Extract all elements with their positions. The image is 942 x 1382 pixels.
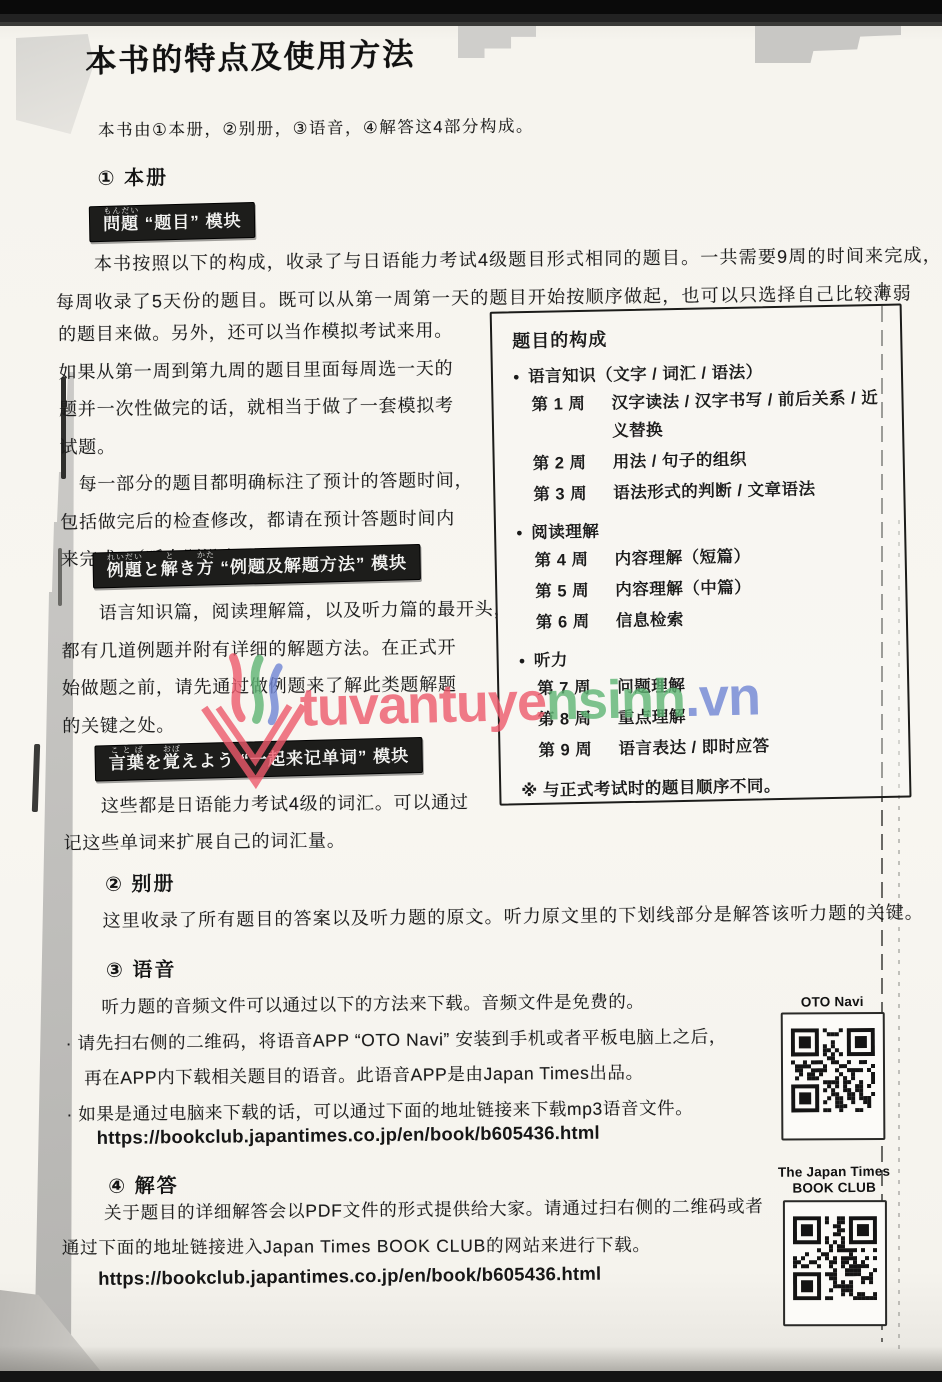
schedule-week: 第 2 周 [532, 449, 597, 478]
module3-paragraph: 这些都是日语能力考试4级的词汇。可以通过记这些单词来扩展自己的词汇量。 [63, 784, 488, 862]
qr-code-icon [791, 1028, 875, 1112]
schedule-week: 第 1 周 [531, 390, 596, 447]
schedule-week: 第 5 周 [535, 577, 600, 606]
schedule-desc: 语法形式的判断 / 文章语法 [613, 474, 888, 507]
schedule-row: 第 3 周语法形式的判断 / 文章语法 [533, 474, 887, 509]
text-line: · 请先扫右侧的二维码，将语音APP “OTO Navi” 安装到手机或者平板电… [65, 1018, 785, 1061]
text-line: 试题。 [59, 424, 483, 466]
schedule-row: 第 1 周汉字读法 / 汉字书写 / 前后关系 / 近义替换 [531, 384, 886, 447]
schedule-row: 第 6 周信息检索 [536, 602, 890, 637]
structure-box-title: 题目的构成 [512, 320, 884, 353]
text-line: 的关键之处。 [62, 703, 486, 745]
text-line: 都有几道例题并附有详细的解题方法。在正式开 [61, 628, 485, 670]
module-header-mondai: 問題もんだい “题目” 模块 [89, 202, 256, 242]
schedule-row: 第 7 周问题理解 [537, 668, 891, 703]
question-structure-box: 题目的构成 语言知识（文字 / 词汇 / 语法）第 1 周汉字读法 / 汉字书写… [490, 304, 912, 806]
text-line: 记这些单词来扩展自己的词汇量。 [63, 821, 487, 862]
schedule-row: 第 9 周语言表达 / 即时应答 [538, 730, 892, 765]
module2-paragraph: 语言知识篇，阅读理解篇，以及听力篇的最开头，都有几道例题并附有详细的解题方法。在… [61, 591, 487, 745]
schedule-desc: 重点理解 [618, 699, 893, 732]
text-line: 包括做完后的检查修改，都请在预计答题时间内 [60, 499, 484, 541]
schedule-week: 第 7 周 [537, 674, 602, 703]
schedule-week: 第 8 周 [538, 705, 603, 734]
text-line: 题并一次性做完的话，就相当于做了一套模拟考 [59, 387, 483, 429]
schedule-week: 第 3 周 [533, 480, 598, 509]
qr-label-line2: BOOK CLUB [767, 1180, 901, 1197]
intro-text: 本书由①本册，②别册，③语音，④解答这4部分构成。 [98, 112, 534, 141]
qr-panel-book-club [783, 1200, 887, 1326]
text-line: 语言知识篇，阅读理解篇，以及听力篇的最开头， [61, 591, 485, 633]
schedule-desc: 信息检索 [616, 602, 891, 635]
module1-paragraph-left: 的题目来做。另外，还可以当作模拟考试来用。如果从第一周到第九周的题目里面每周选一… [58, 312, 485, 579]
text-line: 每一部分的题目都明确标注了预计的答题时间， [60, 462, 484, 504]
schedule-week: 第 6 周 [536, 608, 601, 637]
qr-panel-oto-navi [781, 1012, 886, 1141]
bottom-shadow [0, 1346, 942, 1371]
schedule-row: 第 8 周重点理解 [538, 699, 892, 734]
schedule-week: 第 9 周 [538, 736, 603, 765]
schedule-desc: 用法 / 句子的组织 [612, 443, 887, 476]
structure-box-note: ※ 与正式考试时的题目顺序不同。 [521, 770, 893, 801]
section-heading-honsatsu: ① 本册 [97, 161, 168, 191]
page-content: 本书的特点及使用方法 本书由①本册，②别册，③语音，④解答这4部分构成。 ① 本… [0, 0, 942, 1382]
weekly-schedule: 语言知识（文字 / 词汇 / 语法）第 1 周汉字读法 / 汉字书写 / 前后关… [513, 356, 893, 765]
qr-label-book-club: The Japan Times BOOK CLUB [767, 1164, 901, 1197]
text-line: 的题目来做。另外，还可以当作模拟考试来用。 [58, 312, 482, 354]
page-title: 本书的特点及使用方法 [85, 29, 416, 81]
section3-paragraph: 听力题的音频文件可以通过以下的方法来下载。音频文件是免费的。· 请先扫右侧的二维… [65, 983, 786, 1133]
text-line: 这里收录了所有题目的答案以及听力题的原文。听力原文里的下划线部分是解答该听力题的… [64, 894, 942, 939]
schedule-desc: 问题理解 [617, 668, 892, 701]
schedule-group-label: 听力 [518, 640, 890, 671]
scan-border-bottom [0, 1371, 942, 1382]
schedule-desc: 内容理解（短篇） [614, 540, 889, 573]
qr-code-icon [793, 1216, 877, 1300]
answers-download-url: https://bookclub.japantimes.co.jp/en/boo… [98, 1263, 601, 1290]
text-line: 始做题之前，请先通过做例题来了解此类题解题 [62, 666, 486, 708]
section-heading-onsei: ③ 语音 [106, 953, 177, 983]
schedule-group-label: 语言知识（文字 / 词汇 / 语法） [513, 356, 885, 387]
schedule-desc: 语言表达 / 即时应答 [618, 730, 893, 763]
section-heading-bessatsu: ② 别册 [105, 867, 176, 897]
schedule-row: 第 2 周用法 / 句子的组织 [532, 443, 886, 478]
schedule-row: 第 5 周内容理解（中篇） [535, 571, 889, 606]
qr-label-oto-navi: OTO Navi [780, 994, 884, 1011]
section-heading-kaitou: ④ 解答 [108, 1169, 179, 1199]
text-line: 如果从第一周到第九周的题目里面每周选一天的 [58, 349, 482, 391]
section2-paragraph: 这里收录了所有题目的答案以及听力题的原文。听力原文里的下划线部分是解答该听力题的… [64, 894, 942, 939]
schedule-week: 第 4 周 [534, 546, 599, 575]
audio-download-url: https://bookclub.japantimes.co.jp/en/boo… [97, 1122, 600, 1149]
section4-paragraph-line2: 通过下面的地址链接进入Japan Times BOOK CLUB的网站来进行下载… [62, 1232, 651, 1260]
qr-label-line1: The Japan Times [767, 1164, 901, 1181]
schedule-row: 第 4 周内容理解（短篇） [534, 540, 888, 575]
schedule-desc: 内容理解（中篇） [615, 571, 890, 604]
schedule-group-label: 阅读理解 [516, 512, 888, 543]
schedule-desc: 汉字读法 / 汉字书写 / 前后关系 / 近义替换 [611, 384, 886, 445]
scan-border-top [0, 0, 942, 26]
scanned-book-page: 本书的特点及使用方法 本书由①本册，②别册，③语音，④解答这4部分构成。 ① 本… [0, 0, 942, 1382]
module-header-reidai: 例題れいだいと解とき方かた “例题及解题方法” 模块 [92, 544, 421, 589]
module-header-kotoba: 言葉ことばを覚おぼえよう “一起来记单词” 模块 [94, 737, 423, 782]
text-line: 这些都是日语能力考试4级的词汇。可以通过 [63, 784, 487, 825]
